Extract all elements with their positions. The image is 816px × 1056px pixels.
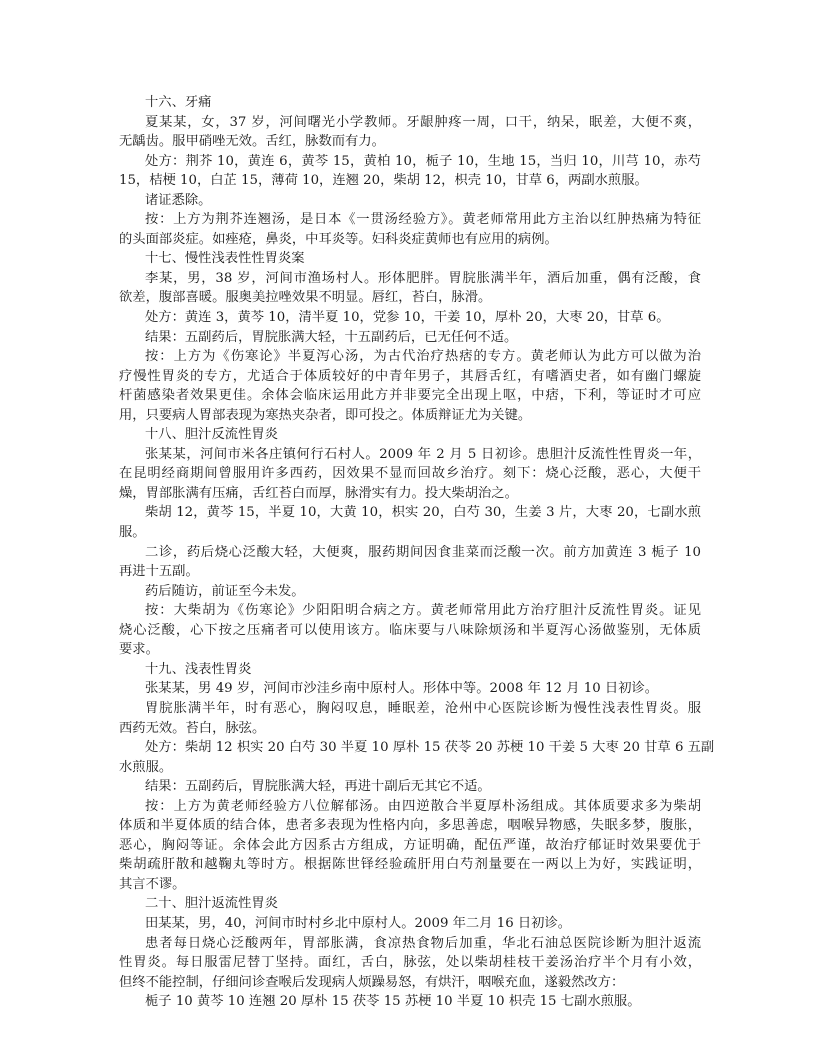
paragraph-line: 其言不谬。: [119, 875, 701, 895]
paragraph-line: 柴胡疏肝散和越鞠丸等时方。根据陈世铎经验疏肝用白芍剂量要在一两以上为好，实践证明…: [119, 855, 701, 875]
section-heading: 十六、牙痛: [119, 93, 701, 113]
paragraph-first-line: 夏某某，女，37 岁，河间曙光小学教师。牙龈肿疼一周，口干，纳呆，眠差，大便不爽…: [119, 113, 701, 133]
paragraph-first-line: 栀子 10 黄芩 10 连翘 20 厚朴 15 茯苓 15 苏梗 10 半夏 1…: [119, 992, 701, 1012]
paragraph-first-line: 处方：柴胡 12 枳实 20 白芍 30 半夏 10 厚朴 15 茯苓 20 苏…: [119, 738, 701, 758]
paragraph-line: 在昆明经商期间曾服用许多西药，因效果不显而回故乡治疗。刻下：烧心泛酸，恶心，大便…: [119, 464, 701, 484]
paragraph-first-line: 诸证悉除。: [119, 191, 701, 211]
paragraph-line: 要求。: [119, 640, 701, 660]
paragraph-line: 的头面部炎症。如痤疮，鼻炎，中耳炎等。妇科炎症黄师也有应用的病例。: [119, 230, 701, 250]
paragraph-first-line: 张某某，河间市米各庄镇何行石村人。2009 年 2 月 5 日初诊。患胆汁反流性…: [119, 445, 701, 465]
document-page: 十六、牙痛夏某某，女，37 岁，河间曙光小学教师。牙龈肿疼一周，口干，纳呆，眠差…: [119, 93, 701, 1012]
paragraph-first-line: 胃脘胀满半年，时有恶心，胸闷叹息，睡眠差，沧州中心医院诊断为慢性浅表性胃炎。服: [119, 699, 701, 719]
paragraph-line: 欲差，腹部喜暖。服奥美拉唑效果不明显。唇红，苔白，脉滑。: [119, 288, 701, 308]
paragraph-line: 无龋齿。服甲硝唑无效。舌红，脉数而有力。: [119, 132, 701, 152]
paragraph-first-line: 按：上方为《伤寒论》半夏泻心汤，为古代治疗热痞的专方。黄老师认为此方可以做为治: [119, 347, 701, 367]
paragraph-first-line: 按：上方为黄老师经验方八位解郁汤。由四逆散合半夏厚朴汤组成。其体质要求多为柴胡: [119, 797, 701, 817]
paragraph-first-line: 结果：五副药后，胃脘胀满大轻，再进十副后无其它不适。: [119, 777, 701, 797]
paragraph-line: 再进十五副。: [119, 562, 701, 582]
paragraph-line: 恶心，胸闷等证。余体会此方因系古方组成，方证明确，配伍严谨，故治疗郁证时效果要优…: [119, 836, 701, 856]
paragraph-first-line: 患者每日烧心泛酸两年，胃部胀满，食凉热食物后加重，华北石油总医院诊断为胆汁返流: [119, 934, 701, 954]
paragraph-line: 烧心泛酸，心下按之压痛者可以使用该方。临床要与八味除烦汤和半夏泻心汤做鉴别，无体…: [119, 621, 701, 641]
paragraph-line: 体质和半夏体质的结合体，患者多表现为性格内向，多思善虑，咽喉异物感，失眠多梦，腹…: [119, 816, 701, 836]
section-heading: 二十、胆汁返流性胃炎: [119, 894, 701, 914]
paragraph-line: 但终不能控制，仔细问诊查喉后发现病人烦躁易怒，有烘汗，咽喉充血，遂毅然改方：: [119, 973, 701, 993]
paragraph-line: 水煎服。: [119, 758, 701, 778]
paragraph-line: 15，桔梗 10，白芷 15，薄荷 10，连翘 20，柴胡 12，枳壳 10，甘…: [119, 171, 701, 191]
paragraph-first-line: 张某某，男 49 岁，河间市沙洼乡南中原村人。形体中等。2008 年 12 月 …: [119, 679, 701, 699]
paragraph-first-line: 处方：黄连 3，黄芩 10，清半夏 10，党参 10，干姜 10，厚朴 20，大…: [119, 308, 701, 328]
paragraph-line: 西药无效。苔白，脉弦。: [119, 719, 701, 739]
paragraph-line: 疗慢性胃炎的专方，尤适合于体质较好的中青年男子，其唇舌红，有嗜酒史者，如有幽门螺…: [119, 367, 701, 387]
paragraph-first-line: 柴胡 12，黄芩 15，半夏 10，大黄 10，枳实 20，白芍 30，生姜 3…: [119, 503, 701, 523]
section-heading: 十七、慢性浅表性性胃炎案: [119, 249, 701, 269]
paragraph-first-line: 结果：五副药后，胃脘胀满大轻，十五副药后，已无任何不适。: [119, 328, 701, 348]
paragraph-line: 燥，胃部胀满有压痛，舌红苔白而厚，脉滑实有力。投大柴胡治之。: [119, 484, 701, 504]
paragraph-line: 服。: [119, 523, 701, 543]
paragraph-first-line: 药后随访，前证至今未发。: [119, 582, 701, 602]
paragraph-line: 性胃炎。每日服雷尼替丁坚持。面红，舌白，脉弦，处以柴胡桂枝干姜汤治疗半个月有小效…: [119, 953, 701, 973]
paragraph-first-line: 按：大柴胡为《伤寒论》少阳阳明合病之方。黄老师常用此方治疗胆汁反流性胃炎。证见: [119, 601, 701, 621]
paragraph-first-line: 处方：荆芥 10，黄连 6，黄芩 15，黄柏 10，栀子 10，生地 15，当归…: [119, 152, 701, 172]
paragraph-line: 杆菌感染者效果更佳。余体会临床运用此方并非要完全出现上呕，中痞，下利，等证时才可…: [119, 386, 701, 406]
paragraph-first-line: 按：上方为荆芥连翘汤，是日本《一贯汤经验方》。黄老师常用此方主治以红肿热痛为特征: [119, 210, 701, 230]
paragraph-first-line: 田某某，男，40，河间市时村乡北中原村人。2009 年二月 16 日初诊。: [119, 914, 701, 934]
paragraph-first-line: 二诊，药后烧心泛酸大轻，大便爽，服药期间因食韭菜而泛酸一次。前方加黄连 3 栀子…: [119, 543, 701, 563]
paragraph-first-line: 李某，男，38 岁，河间市渔场村人。形体肥胖。胃脘胀满半年，酒后加重，偶有泛酸，…: [119, 269, 701, 289]
paragraph-line: 用，只要病人胃部表现为寒热夹杂者，即可投之。体质辩证尤为关键。: [119, 406, 701, 426]
section-heading: 十九、浅表性胃炎: [119, 660, 701, 680]
section-heading: 十八、胆汁反流性胃炎: [119, 425, 701, 445]
